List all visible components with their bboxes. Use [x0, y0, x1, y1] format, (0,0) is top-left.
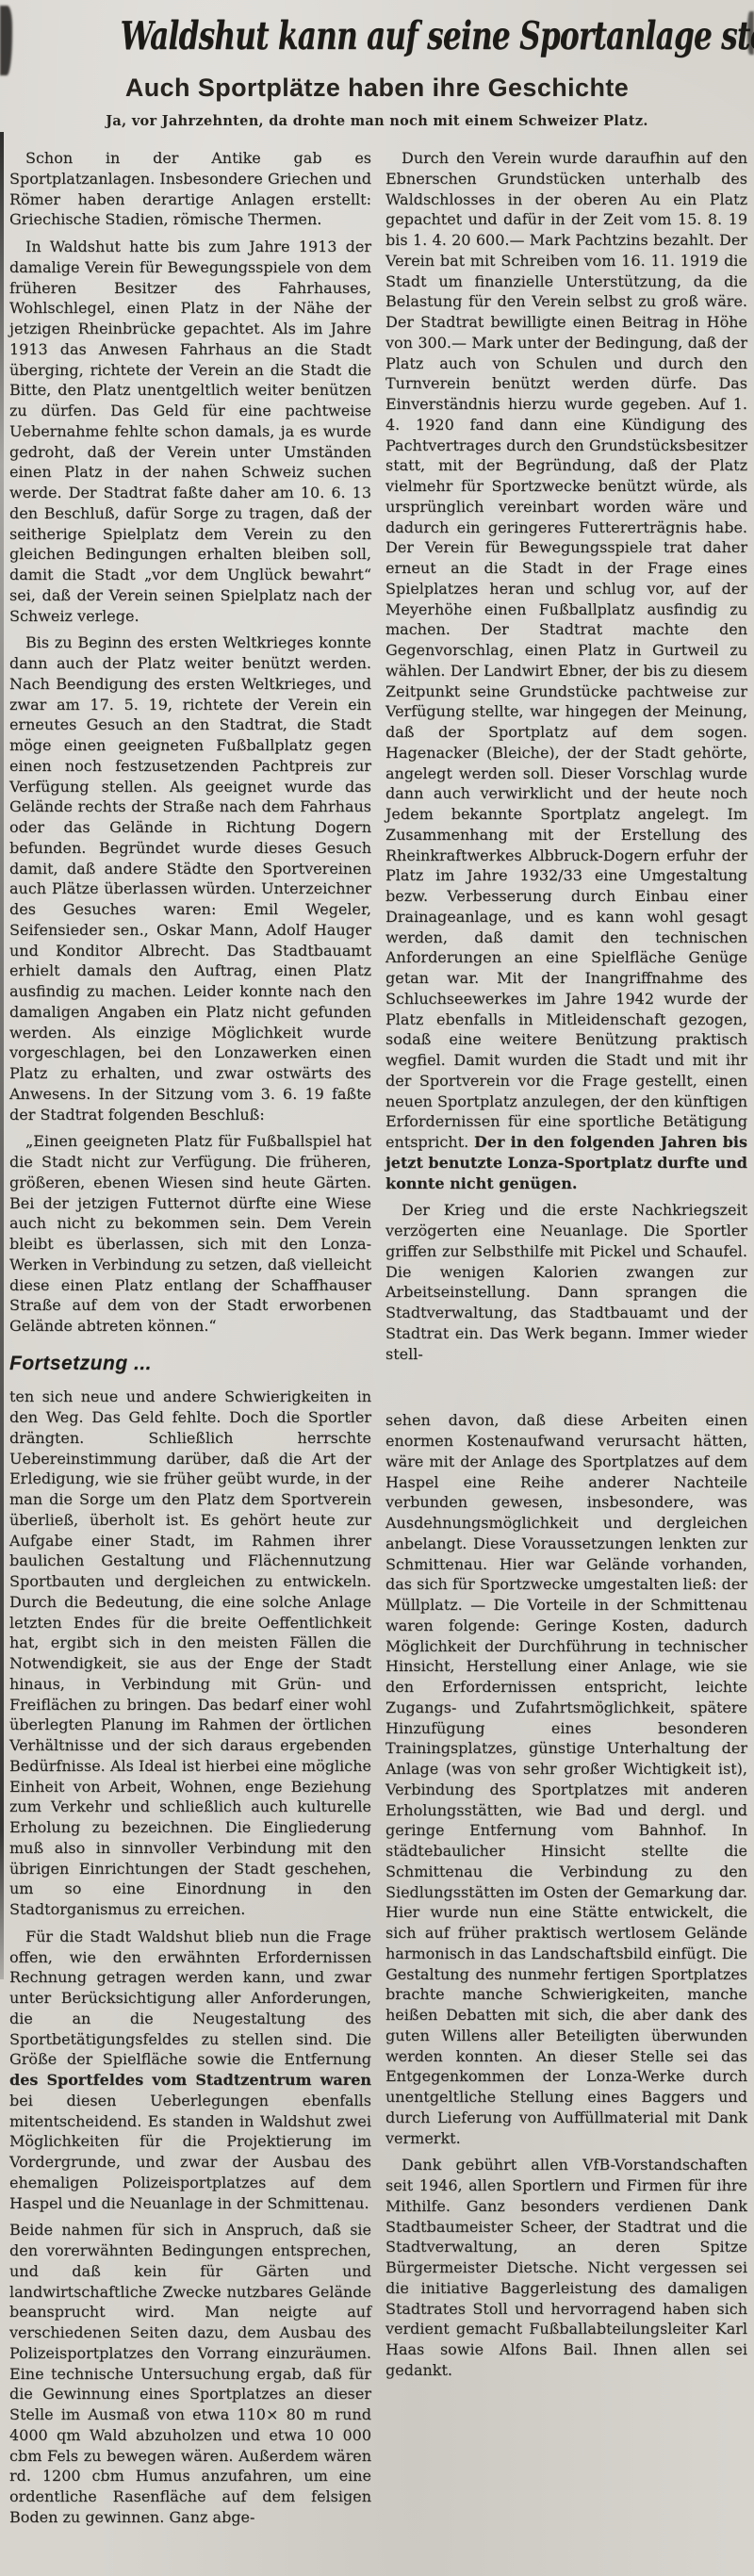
body-text: sehen davon, daß diese Arbeiten einen en… — [385, 1411, 747, 2146]
emphasized-text: des Sportfeldes vom Stadtzentrum waren — [9, 2071, 371, 2089]
body-text: ten sich neue und andere Schwierigkeiten… — [9, 1387, 371, 1918]
body-text: Der Krieg und die erste Nachkriegszeit v… — [385, 1201, 747, 1362]
newspaper-page: Waldshut kann auf seine Sportanlage stol… — [0, 0, 754, 2576]
right-column: Durch den Verein wurde daraufhin auf den… — [385, 148, 747, 2535]
paragraph: Für die Stadt Waldshut blieb nun die Fra… — [9, 1927, 371, 2214]
body-text: bei diesen Ueberlegungen ebenfalls miten… — [9, 2092, 371, 2212]
body-text: Beide nahmen für sich in Anspruch, daß s… — [9, 2221, 371, 2526]
article-title: Waldshut kann auf seine Sportanlage stol… — [0, 13, 754, 58]
masthead: Waldshut kann auf seine Sportanlage stol… — [0, 0, 754, 129]
column-gap — [385, 1370, 747, 1410]
body-text: Durch den Verein wurde daraufhin auf den… — [385, 149, 747, 1151]
article-body: Schon in der Antike gab es Sportplatzanl… — [0, 148, 754, 2535]
body-text: „Einen geeigneten Platz für Fußballspiel… — [9, 1132, 371, 1335]
continuation-heading: Fortsetzung ... — [9, 1351, 371, 1378]
paragraph: ten sich neue und andere Schwierigkeiten… — [9, 1386, 371, 1920]
body-text: Für die Stadt Waldshut blieb nun die Fra… — [9, 1928, 371, 2069]
paragraph: In Waldshut hatte bis zum Jahre 1913 der… — [9, 237, 371, 626]
paragraph: Bis zu Beginn des ersten Weltkrieges kon… — [9, 632, 371, 1124]
paragraph: sehen davon, daß diese Arbeiten einen en… — [385, 1410, 747, 2148]
paragraph: Beide nahmen für sich in Anspruch, daß s… — [9, 2220, 371, 2527]
body-text: Schon in der Antike gab es Sportplatzanl… — [9, 149, 371, 228]
paragraph: „Einen geeigneten Platz für Fußballspiel… — [9, 1131, 371, 1337]
paragraph: Der Krieg und die erste Nachkriegszeit v… — [385, 1200, 747, 1364]
body-text: Dank gebührt allen VfB-Vorstandschaften … — [385, 2156, 747, 2379]
paragraph: Dank gebührt allen VfB-Vorstandschaften … — [385, 2155, 747, 2380]
paragraph: Durch den Verein wurde daraufhin auf den… — [385, 148, 747, 1193]
article-subtitle: Auch Sportplätze haben ihre Geschichte — [0, 74, 754, 103]
body-text: In Waldshut hatte bis zum Jahre 1913 der… — [9, 238, 371, 625]
scan-edge-artifact — [0, 132, 4, 1979]
article-kicker: Ja, vor Jahrzehnten, da drohte man noch … — [0, 113, 754, 129]
left-column: Schon in der Antike gab es Sportplatzanl… — [9, 148, 371, 2535]
body-text: Bis zu Beginn des ersten Weltkrieges kon… — [9, 633, 371, 1123]
paragraph: Schon in der Antike gab es Sportplatzanl… — [9, 148, 371, 230]
